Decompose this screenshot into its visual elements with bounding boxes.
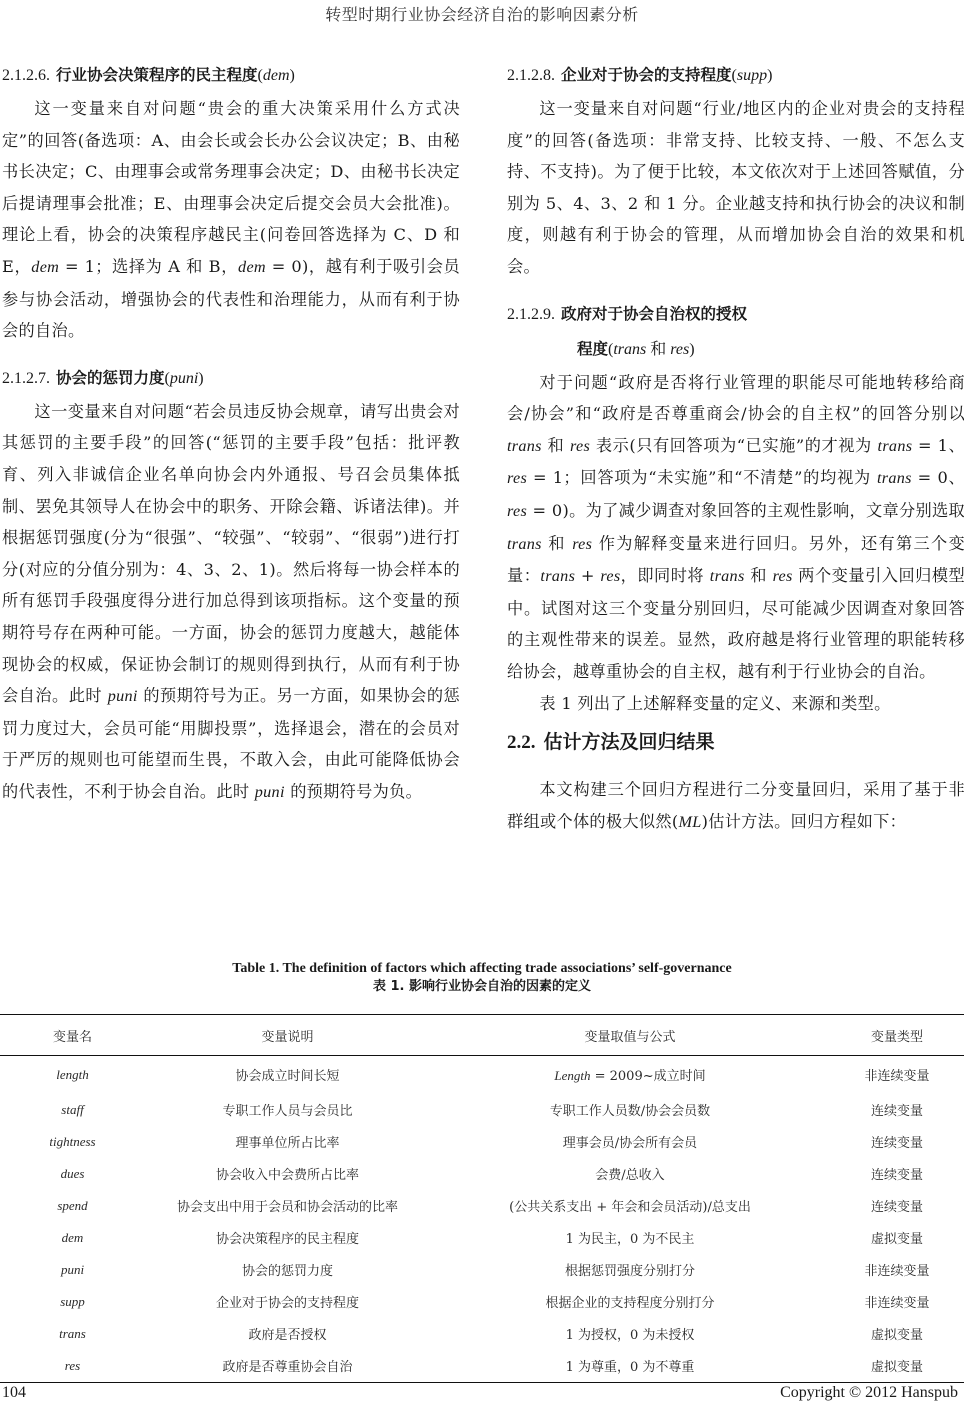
cell-type: 虚拟变量 bbox=[830, 1318, 964, 1350]
cell-var-name: spend bbox=[0, 1190, 145, 1222]
cell-var-name: trans bbox=[0, 1318, 145, 1350]
paren-close: ) bbox=[290, 67, 295, 84]
section-title: 协会的惩罚力度 bbox=[56, 369, 165, 387]
text-run: = 0)。为了减少调查对象回答的主观性影响，文章分别选取 bbox=[527, 501, 964, 520]
paragraph-supp: 这一变量来自对问题“行业/地区内的企业对贵会的支持程度”的回答(备选项：非常支持… bbox=[507, 93, 964, 283]
section-title: 企业对于协会的支持程度 bbox=[561, 66, 732, 84]
variable-inline: trans bbox=[878, 437, 913, 455]
text-run: 这一变量来自对问题“贵会的重大决策采用什么方式决定”的回答(备选项：A、由会长或… bbox=[2, 99, 460, 276]
cell-var-name: length bbox=[0, 1056, 145, 1094]
variable-inline: res bbox=[600, 567, 620, 585]
cell-type: 非连续变量 bbox=[830, 1254, 964, 1286]
variable-inline: res bbox=[507, 502, 527, 520]
cell-description: 协会收入中会费所占比率 bbox=[145, 1158, 430, 1190]
right-column: 2.1.2.8.企业对于协会的支持程度(supp) 这一变量来自对问题“行业/地… bbox=[507, 58, 964, 838]
page-number: 104 bbox=[2, 1384, 26, 1402]
running-head: 转型时期行业协会经济自治的影响因素分析 bbox=[0, 2, 964, 25]
section-number: 2.1.2.9. bbox=[507, 306, 555, 323]
cell-var-name: dem bbox=[0, 1222, 145, 1254]
text-run: = 2009~成立时间 bbox=[590, 1069, 705, 1084]
table-row: dues 协会收入中会费所占比率 会费/总收入 连续变量 bbox=[0, 1158, 964, 1190]
table-row: staff 专职工作人员与会员比 专职工作人员数/协会会员数 连续变量 bbox=[0, 1094, 964, 1126]
cell-var-name: tightness bbox=[0, 1126, 145, 1158]
section-number: 2.1.2.7. bbox=[2, 370, 50, 387]
cell-description: 协会决策程序的民主程度 bbox=[145, 1222, 430, 1254]
cell-formula: 1 为授权，0 为未授权 bbox=[430, 1318, 830, 1350]
spacer bbox=[2, 347, 460, 361]
cell-formula: 专职工作人员数/协会会员数 bbox=[430, 1094, 830, 1126]
copyright-notice: Copyright © 2012 Hanspub bbox=[780, 1384, 958, 1402]
cell-formula: 根据企业的支持程度分别打分 bbox=[430, 1286, 830, 1318]
text-run: 表示(只有回答项为“已实施”的才视为 bbox=[590, 436, 877, 455]
table-caption-en: Table 1. The definition of factors which… bbox=[0, 960, 964, 978]
paragraph-dem: 这一变量来自对问题“贵会的重大决策采用什么方式决定”的回答(备选项：A、由会长或… bbox=[2, 93, 460, 347]
section-title: 政府对于协会自治权的授权 bbox=[561, 305, 747, 323]
variable-inline: res bbox=[773, 567, 793, 585]
table-row: puni 协会的惩罚力度 根据惩罚强度分别打分 非连续变量 bbox=[0, 1254, 964, 1286]
section-heading-2129-cont: 程度(trans 和 res) bbox=[507, 332, 964, 367]
paragraph-table-ref: 表 1 列出了上述解释变量的定义、来源和类型。 bbox=[507, 688, 964, 720]
text-run: = 1；回答项为“未实施”和“不清楚”的均视为 bbox=[527, 468, 877, 487]
cell-description: 政府是否尊重协会自治 bbox=[145, 1350, 430, 1383]
cell-formula: 会费/总收入 bbox=[430, 1158, 830, 1190]
section-heading-22: 2.2.估计方法及回归结果 bbox=[507, 725, 964, 760]
column-header: 变量说明 bbox=[145, 1015, 430, 1056]
paren-close: ) bbox=[689, 341, 694, 358]
section-title: 行业协会决策程序的民主程度 bbox=[56, 66, 258, 84]
variable-name: dem bbox=[263, 67, 290, 84]
cell-type: 连续变量 bbox=[830, 1158, 964, 1190]
cell-description: 企业对于协会的支持程度 bbox=[145, 1286, 430, 1318]
paren-close: ) bbox=[767, 67, 772, 84]
cell-formula: 1 为民主，0 为不民主 bbox=[430, 1222, 830, 1254]
variable-inline: trans bbox=[877, 469, 912, 487]
table-row: tightness 理事单位所占比率 理事会员/协会所有会员 连续变量 bbox=[0, 1126, 964, 1158]
cell-var-name: dues bbox=[0, 1158, 145, 1190]
table-row: spend 协会支出中用于会员和协会活动的比率 (公共关系支出 + 年会和会员活… bbox=[0, 1190, 964, 1222]
cell-var-name: supp bbox=[0, 1286, 145, 1318]
section-title: 估计方法及回归结果 bbox=[544, 731, 715, 753]
table-row: length 协会成立时间长短 Length = 2009~成立时间 非连续变量 bbox=[0, 1056, 964, 1094]
variable-inline: Length bbox=[554, 1068, 590, 1083]
spacer bbox=[507, 283, 964, 297]
cell-formula: 1 为尊重，0 为不尊重 bbox=[430, 1350, 830, 1383]
cell-description: 协会支出中用于会员和协会活动的比率 bbox=[145, 1190, 430, 1222]
text-run: 和 bbox=[542, 534, 572, 553]
variable-inline: res bbox=[507, 469, 527, 487]
text-run: = 1；选择为 A 和 B， bbox=[59, 257, 238, 276]
variable-name: res bbox=[670, 341, 689, 358]
text-run: 对于问题“政府是否将行业管理的职能尽可能地转移给商会/协会”和“政府是否尊重商会… bbox=[507, 373, 964, 424]
section-heading-2129: 2.1.2.9.政府对于协会自治权的授权 bbox=[507, 297, 964, 332]
variable-inline: res bbox=[570, 437, 590, 455]
variable-inline: dem bbox=[238, 258, 266, 276]
cell-var-name: res bbox=[0, 1350, 145, 1383]
table-row: trans 政府是否授权 1 为授权，0 为未授权 虚拟变量 bbox=[0, 1318, 964, 1350]
cell-type: 非连续变量 bbox=[830, 1286, 964, 1318]
variable-inline: trans bbox=[540, 567, 575, 585]
cell-type: 连续变量 bbox=[830, 1094, 964, 1126]
cell-description: 专职工作人员与会员比 bbox=[145, 1094, 430, 1126]
column-header: 变量名 bbox=[0, 1015, 145, 1056]
cell-formula: 根据惩罚强度分别打分 bbox=[430, 1254, 830, 1286]
text-run: 和 bbox=[745, 566, 773, 585]
section-number: 2.1.2.6. bbox=[2, 67, 50, 84]
column-header: 变量类型 bbox=[830, 1015, 964, 1056]
section-title: 程度 bbox=[577, 340, 608, 358]
variable-inline: trans bbox=[507, 535, 542, 553]
variable-inline: dem bbox=[31, 258, 59, 276]
text-run: 和 bbox=[542, 436, 570, 455]
paren-close: ) bbox=[198, 370, 203, 387]
variable-inline: trans bbox=[507, 437, 542, 455]
section-number: 2.1.2.8. bbox=[507, 67, 555, 84]
text-run: = 0、 bbox=[912, 468, 964, 487]
cell-type: 虚拟变量 bbox=[830, 1222, 964, 1254]
cell-formula: 理事会员/协会所有会员 bbox=[430, 1126, 830, 1158]
section-heading-2127: 2.1.2.7.协会的惩罚力度(puni) bbox=[2, 361, 460, 396]
variable-inline: puni bbox=[255, 783, 285, 801]
cell-type: 虚拟变量 bbox=[830, 1350, 964, 1383]
text-run: )估计方法。回归方程如下： bbox=[702, 812, 906, 831]
cell-type: 非连续变量 bbox=[830, 1056, 964, 1094]
variable-name: puni bbox=[170, 370, 198, 387]
cell-type: 连续变量 bbox=[830, 1126, 964, 1158]
text-run: = 1、 bbox=[912, 436, 964, 455]
cell-description: 政府是否授权 bbox=[145, 1318, 430, 1350]
definition-table: 变量名 变量说明 变量取值与公式 变量类型 length 协会成立时间长短 Le… bbox=[0, 1014, 964, 1383]
variable-inline: res bbox=[572, 535, 592, 553]
conjunction: 和 bbox=[646, 341, 670, 358]
cell-type: 连续变量 bbox=[830, 1190, 964, 1222]
table-row: res 政府是否尊重协会自治 1 为尊重，0 为不尊重 虚拟变量 bbox=[0, 1350, 964, 1383]
cell-description: 协会成立时间长短 bbox=[145, 1056, 430, 1094]
section-number: 2.2. bbox=[507, 732, 536, 753]
column-header: 变量取值与公式 bbox=[430, 1015, 830, 1056]
paragraph-trans-res: 对于问题“政府是否将行业管理的职能尽可能地转移给商会/协会”和“政府是否尊重商会… bbox=[507, 367, 964, 688]
text-run: ，即同时将 bbox=[620, 566, 709, 585]
section-heading-2126: 2.1.2.6.行业协会决策程序的民主程度(dem) bbox=[2, 58, 460, 93]
variable-name: supp bbox=[737, 67, 767, 84]
variable-inline: puni bbox=[108, 687, 138, 705]
cell-description: 理事单位所占比率 bbox=[145, 1126, 430, 1158]
cell-formula: (公共关系支出 + 年会和会员活动)/总支出 bbox=[430, 1190, 830, 1222]
section-heading-2128: 2.1.2.8.企业对于协会的支持程度(supp) bbox=[507, 58, 964, 93]
paragraph-puni: 这一变量来自对问题“若会员违反协会规章，请写出贵会对其惩罚的主要手段”的回答(“… bbox=[2, 396, 460, 809]
left-column: 2.1.2.6.行业协会决策程序的民主程度(dem) 这一变量来自对问题“贵会的… bbox=[2, 58, 460, 808]
text-run: + bbox=[575, 566, 600, 585]
table-caption: Table 1. The definition of factors which… bbox=[0, 960, 964, 996]
table-header-row: 变量名 变量说明 变量取值与公式 变量类型 bbox=[0, 1015, 964, 1056]
text-run: 这一变量来自对问题“若会员违反协会规章，请写出贵会对其惩罚的主要手段”的回答(“… bbox=[2, 402, 460, 705]
variable-name: trans bbox=[613, 341, 646, 358]
variable-inline: trans bbox=[710, 567, 745, 585]
cell-description: 协会的惩罚力度 bbox=[145, 1254, 430, 1286]
cell-formula: Length = 2009~成立时间 bbox=[430, 1056, 830, 1094]
paragraph-estimation: 本文构建三个回归方程进行二分变量回归，采用了基于非群组或个体的极大似然(ML)估… bbox=[507, 774, 964, 838]
table-row: supp 企业对于协会的支持程度 根据企业的支持程度分别打分 非连续变量 bbox=[0, 1286, 964, 1318]
variable-inline: ML bbox=[679, 813, 702, 831]
cell-var-name: puni bbox=[0, 1254, 145, 1286]
text-run: 的预期符号为负。 bbox=[285, 782, 422, 801]
table-row: dem 协会决策程序的民主程度 1 为民主，0 为不民主 虚拟变量 bbox=[0, 1222, 964, 1254]
table-caption-zh: 表 1. 影响行业协会自治的因素的定义 bbox=[0, 978, 964, 996]
cell-var-name: staff bbox=[0, 1094, 145, 1126]
